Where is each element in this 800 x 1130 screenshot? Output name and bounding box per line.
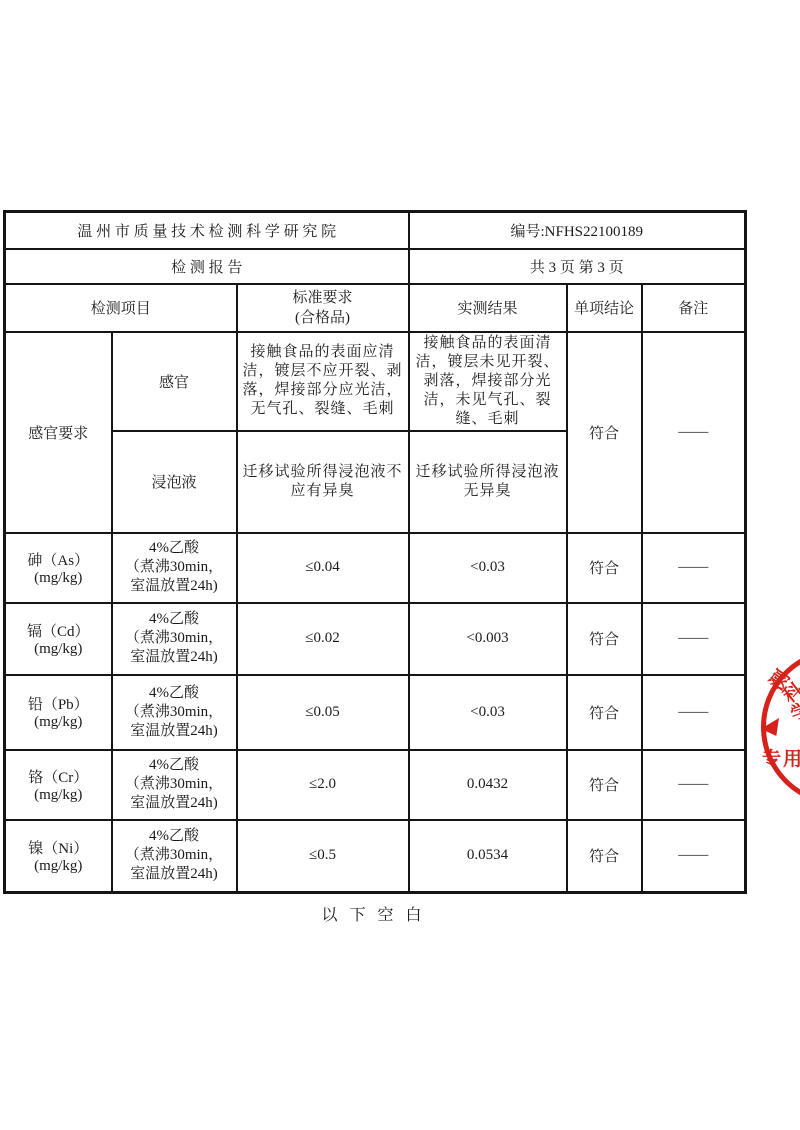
column-header-conclusion: 单项结论 xyxy=(567,284,642,332)
item-conclusion: 符合 xyxy=(567,603,642,675)
condition-line1: 4%乙酸 xyxy=(115,539,234,558)
column-header-item: 检测项目 xyxy=(5,284,237,332)
condition-line3: 室温放置24h) xyxy=(115,722,234,741)
element-name-line1: 铅（Pb） xyxy=(8,693,109,714)
seal-arc-char-1: 测 xyxy=(767,667,793,693)
sensory-aspect-soak: 浸泡液 xyxy=(112,431,237,533)
measured-result: 0.0432 xyxy=(409,750,567,820)
sensory-remark: —— xyxy=(642,332,746,533)
condition-line3: 室温放置24h) xyxy=(115,865,234,884)
report-title: 检 测 报 告 xyxy=(5,249,409,284)
sensory-conclusion: 符合 xyxy=(567,332,642,533)
element-name: 镉（Cd） (mg/kg) xyxy=(5,603,112,675)
item-conclusion: 符合 xyxy=(567,533,642,603)
element-name: 砷（As） (mg/kg) xyxy=(5,533,112,603)
item-conclusion: 符合 xyxy=(567,675,642,750)
condition-line1: 4%乙酸 xyxy=(115,610,234,629)
element-unit: (mg/kg) xyxy=(8,714,109,731)
item-conclusion: 符合 xyxy=(567,820,642,893)
condition-line1: 4%乙酸 xyxy=(115,756,234,775)
sensory-appearance-result: 接触食品的表面清洁，镀层未见开裂、剥落，焊接部分光洁，未见气孔、裂缝、毛刺 xyxy=(409,332,567,431)
header-row-org: 温 州 市 质 量 技 术 检 测 科 学 研 究 院 编号:NFHS22100… xyxy=(5,212,746,249)
item-remark: —— xyxy=(642,675,746,750)
item-remark: —— xyxy=(642,750,746,820)
element-row-arsenic: 砷（As） (mg/kg) 4%乙酸 （煮沸30min， 室温放置24h) ≤0… xyxy=(5,533,746,603)
test-condition: 4%乙酸 （煮沸30min， 室温放置24h) xyxy=(112,820,237,893)
test-condition: 4%乙酸 （煮沸30min， 室温放置24h) xyxy=(112,603,237,675)
test-report-table: 温 州 市 质 量 技 术 检 测 科 学 研 究 院 编号:NFHS22100… xyxy=(3,210,747,894)
sensory-appearance-standard: 接触食品的表面应清洁，镀层不应开裂、剥落，焊接部分应光洁，无气孔、裂缝、毛刺 xyxy=(237,332,409,431)
standard-limit: ≤0.04 xyxy=(237,533,409,603)
standard-limit: ≤2.0 xyxy=(237,750,409,820)
header-row-title: 检 测 报 告 共 3 页 第 3 页 xyxy=(5,249,746,284)
seal-arc-char-3: 学 xyxy=(788,700,800,724)
condition-line2: （煮沸30min， xyxy=(115,629,234,648)
column-header-result: 实测结果 xyxy=(409,284,567,332)
seal-bottom-text: 专用章 xyxy=(762,744,800,771)
element-unit: (mg/kg) xyxy=(8,858,109,875)
end-of-report-note: 以 下 空 白 xyxy=(3,902,744,925)
condition-line2: （煮沸30min， xyxy=(115,703,234,722)
test-condition: 4%乙酸 （煮沸30min， 室温放置24h) xyxy=(112,750,237,820)
sensory-soak-standard: 迁移试验所得浸泡液不应有异臭 xyxy=(237,431,409,533)
standard-header-line2: (合格品) xyxy=(240,308,406,328)
element-name-line1: 砷（As） xyxy=(8,549,109,570)
standard-limit: ≤0.5 xyxy=(237,820,409,893)
condition-line1: 4%乙酸 xyxy=(115,827,234,846)
test-condition: 4%乙酸 （煮沸30min， 室温放置24h) xyxy=(112,675,237,750)
element-name-line1: 镍（Ni） xyxy=(8,837,109,858)
sensory-group-label: 感官要求 xyxy=(5,332,112,533)
report-page: 温 州 市 质 量 技 术 检 测 科 学 研 究 院 编号:NFHS22100… xyxy=(0,0,800,1130)
element-row-nickel: 镍（Ni） (mg/kg) 4%乙酸 （煮沸30min， 室温放置24h) ≤0… xyxy=(5,820,746,893)
standard-limit: ≤0.05 xyxy=(237,675,409,750)
element-row-cadmium: 镉（Cd） (mg/kg) 4%乙酸 （煮沸30min， 室温放置24h) ≤0… xyxy=(5,603,746,675)
element-row-lead: 铅（Pb） (mg/kg) 4%乙酸 （煮沸30min， 室温放置24h) ≤0… xyxy=(5,675,746,750)
sensory-aspect-appearance: 感官 xyxy=(112,332,237,431)
element-unit: (mg/kg) xyxy=(8,641,109,658)
item-conclusion: 符合 xyxy=(567,750,642,820)
element-name: 铅（Pb） (mg/kg) xyxy=(5,675,112,750)
element-name: 铬（Cr） (mg/kg) xyxy=(5,750,112,820)
standard-limit: ≤0.02 xyxy=(237,603,409,675)
element-row-chromium: 铬（Cr） (mg/kg) 4%乙酸 （煮沸30min， 室温放置24h) ≤2… xyxy=(5,750,746,820)
report-number: 编号:NFHS22100189 xyxy=(409,212,746,249)
element-name: 镍（Ni） (mg/kg) xyxy=(5,820,112,893)
seal-arc-char-2: 科 xyxy=(780,680,800,707)
column-header-standard: 标准要求 (合格品) xyxy=(237,284,409,332)
measured-result: <0.03 xyxy=(409,675,567,750)
seal-star-fragment-icon xyxy=(761,718,779,736)
condition-line2: （煮沸30min， xyxy=(115,558,234,577)
element-unit: (mg/kg) xyxy=(8,787,109,804)
sensory-appearance-row: 感官要求 感官 接触食品的表面应清洁，镀层不应开裂、剥落，焊接部分应光洁，无气孔… xyxy=(5,332,746,431)
org-name: 温 州 市 质 量 技 术 检 测 科 学 研 究 院 xyxy=(5,212,409,249)
element-name-line1: 镉（Cd） xyxy=(8,620,109,641)
standard-header-line1: 标准要求 xyxy=(240,288,406,308)
condition-line2: （煮沸30min， xyxy=(115,775,234,794)
seal-ring-icon xyxy=(761,648,800,806)
test-condition: 4%乙酸 （煮沸30min， 室温放置24h) xyxy=(112,533,237,603)
condition-line3: 室温放置24h) xyxy=(115,577,234,596)
element-unit: (mg/kg) xyxy=(8,570,109,587)
measured-result: 0.0534 xyxy=(409,820,567,893)
measured-result: <0.003 xyxy=(409,603,567,675)
sensory-soak-result: 迁移试验所得浸泡液无异臭 xyxy=(409,431,567,533)
element-name-line1: 铬（Cr） xyxy=(8,766,109,787)
column-header-remark: 备注 xyxy=(642,284,746,332)
column-header-row: 检测项目 标准要求 (合格品) 实测结果 单项结论 备注 xyxy=(5,284,746,332)
condition-line2: （煮沸30min， xyxy=(115,846,234,865)
item-remark: —— xyxy=(642,603,746,675)
item-remark: —— xyxy=(642,533,746,603)
condition-line1: 4%乙酸 xyxy=(115,684,234,703)
condition-line3: 室温放置24h) xyxy=(115,794,234,813)
item-remark: —— xyxy=(642,820,746,893)
measured-result: <0.03 xyxy=(409,533,567,603)
page-indicator: 共 3 页 第 3 页 xyxy=(409,249,746,284)
condition-line3: 室温放置24h) xyxy=(115,648,234,667)
